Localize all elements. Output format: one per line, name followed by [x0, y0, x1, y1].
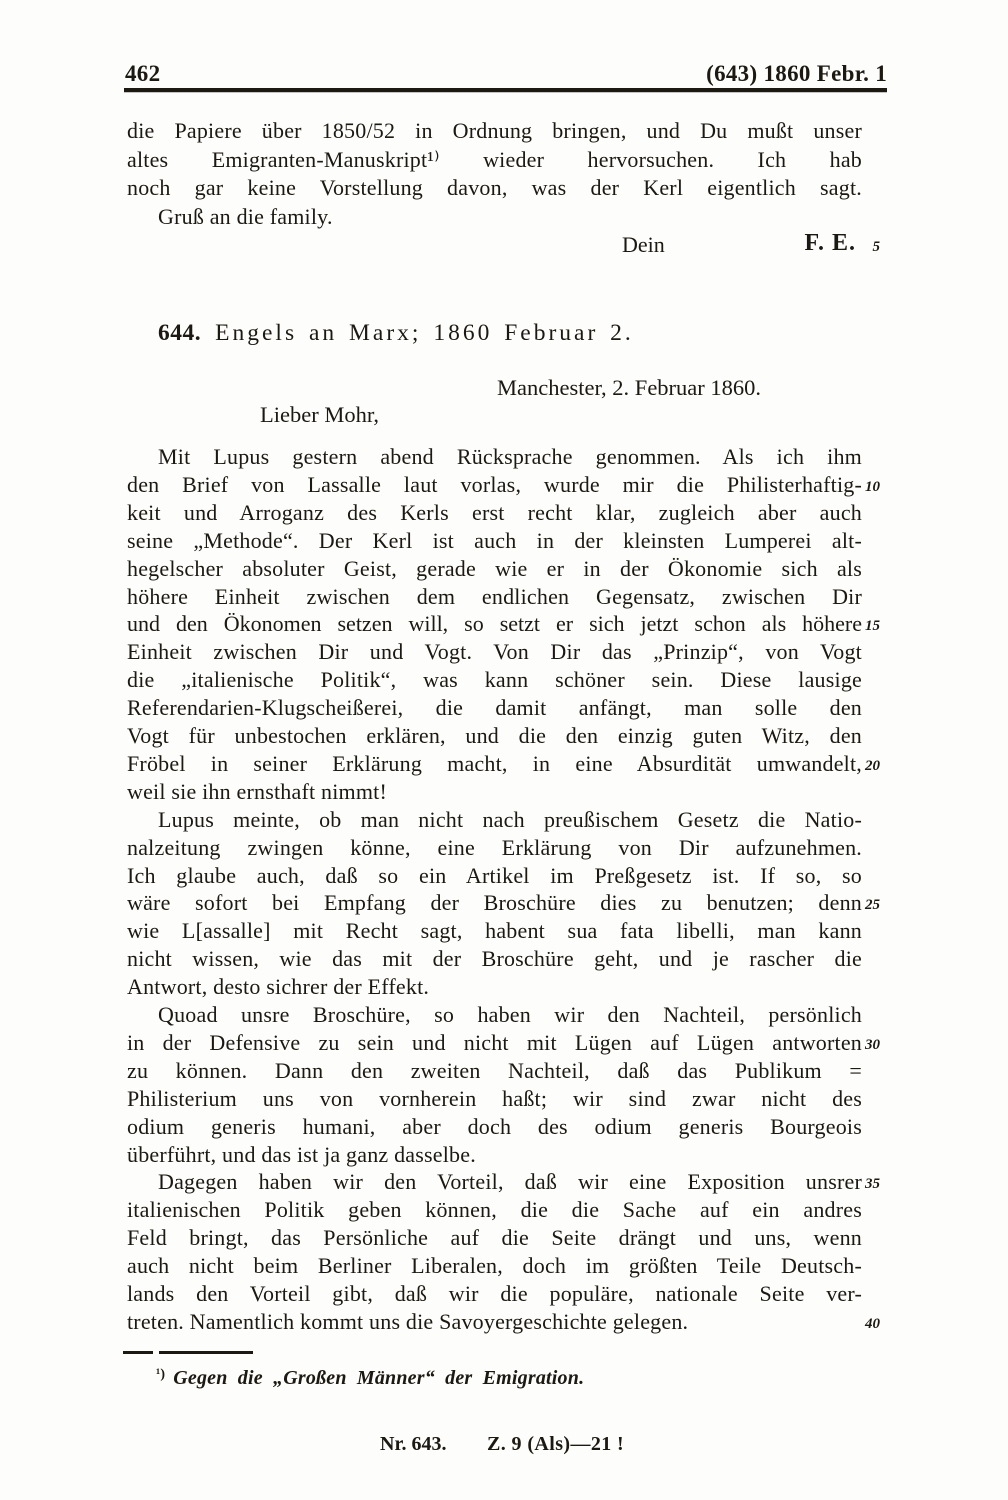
body-line: Feld bringt, das Persönliche auf die Sei…	[127, 1224, 862, 1252]
body-line: seine „Methode“. Der Kerl ist auch in de…	[127, 527, 862, 555]
margin-line-number: 25	[850, 895, 880, 915]
body-line: Referendarien-Klugscheißerei, die damit …	[127, 694, 862, 722]
margin-line-number: 40	[850, 1314, 880, 1334]
letter-heading: 644.Engels an Marx; 1860 Februar 2.	[158, 318, 634, 348]
body-line: die „italienische Politik“, was kann sch…	[127, 666, 862, 694]
footnote-marker: ¹)	[156, 1367, 165, 1382]
body-line: weil sie ihn ernsthaft nimmt!	[127, 778, 862, 806]
body-line: nicht wissen, wie das mit der Broschüre …	[127, 945, 862, 973]
body-line: keit und Arroganz des Kerls erst recht k…	[127, 499, 862, 527]
body-line: Fröbel in seiner Erklärung macht, in ein…	[127, 750, 862, 778]
letter-line: altes Emigranten-Manuskript¹⁾ wieder her…	[127, 146, 862, 174]
body-line: italienischen Politik geben können, die …	[127, 1196, 862, 1224]
footnote-rule	[159, 1351, 253, 1354]
body-line: höhere Einheit zwischen dem endlichen Ge…	[127, 583, 862, 611]
margin-line-number: 35	[850, 1174, 880, 1194]
margin-line-number: 5	[850, 237, 880, 257]
letter-line: die Papiere über 1850/52 in Ordnung brin…	[127, 117, 862, 145]
body-line: zu können. Dann den zweiten Nachteil, da…	[127, 1057, 862, 1085]
printer-note-signature: Z. 9 (Als)—21 !	[487, 1431, 624, 1457]
book-page: 462 (643) 1860 Febr. 1 die Papiere über …	[0, 0, 1008, 1500]
running-header: 462 (643) 1860 Febr. 1	[125, 61, 887, 87]
margin-line-number: 30	[850, 1035, 880, 1055]
body-line: Antwort, desto sichrer der Effekt.	[127, 973, 862, 1001]
letter-number: 644.	[158, 320, 201, 346]
body-line: den Brief von Lassalle laut vorlas, wurd…	[127, 471, 862, 499]
dateline: Manchester, 2. Februar 1860.	[497, 374, 761, 402]
salutation: Lieber Mohr,	[260, 401, 379, 429]
body-line: odium generis humani, aber doch des odiu…	[127, 1113, 862, 1141]
page-number: 462	[125, 61, 160, 87]
footnote: ¹)Gegen die „Großen Männer“ der Emigrati…	[156, 1362, 584, 1391]
body-line: hegelscher absoluter Geist, gerade wie e…	[127, 555, 862, 583]
body-line: Ich glaube auch, daß so ein Artikel im P…	[127, 862, 862, 890]
running-title: (643) 1860 Febr. 1	[706, 61, 887, 87]
margin-line-number: 10	[850, 477, 880, 497]
body-line: Einheit zwischen Dir und Vogt. Von Dir d…	[127, 638, 862, 666]
body-line: Vogt für unbestochen erklären, und die d…	[127, 722, 862, 750]
body-line: wäre sofort bei Empfang der Broschüre di…	[127, 889, 862, 917]
body-line: Dagegen haben wir den Vorteil, daß wir e…	[127, 1168, 862, 1196]
body-line: treten. Namentlich kommt uns die Savoyer…	[127, 1308, 862, 1336]
margin-line-number: 15	[850, 616, 880, 636]
footnote-rule	[123, 1351, 153, 1354]
printer-note-number: Nr. 643.	[380, 1431, 446, 1457]
body-line: Mit Lupus gestern abend Rücksprache geno…	[127, 443, 862, 471]
body-line: nalzeitung zwingen könne, eine Erklärung…	[127, 834, 862, 862]
letter-title: Engels an Marx; 1860 Februar 2.	[215, 320, 634, 346]
body-line: wie L[assalle] mit Recht sagt, habent su…	[127, 917, 862, 945]
body-line: und den Ökonomen setzen will, so setzt e…	[127, 610, 862, 638]
letter-line: Gruß an die family.	[127, 203, 862, 231]
letter-line: noch gar keine Vorstellung davon, was de…	[127, 174, 862, 202]
body-line: Philisterium uns von vornherein haßt; wi…	[127, 1085, 862, 1113]
body-line: in der Defensive zu sein und nicht mit L…	[127, 1029, 862, 1057]
body-line: Quoad unsre Broschüre, so haben wir den …	[127, 1001, 862, 1029]
body-line: auch nicht beim Berliner Liberalen, doch…	[127, 1252, 862, 1280]
body-line: Lupus meinte, ob man nicht nach preußisc…	[127, 806, 862, 834]
body-line: überführt, und das ist ja ganz dasselbe.	[127, 1141, 862, 1169]
body-line: lands den Vorteil gibt, daß wir die popu…	[127, 1280, 862, 1308]
signature: F. E.	[127, 229, 856, 257]
margin-line-number: 20	[850, 756, 880, 776]
footnote-text: Gegen die „Großen Männer“ der Emigration…	[173, 1367, 584, 1389]
header-rule	[124, 88, 887, 92]
